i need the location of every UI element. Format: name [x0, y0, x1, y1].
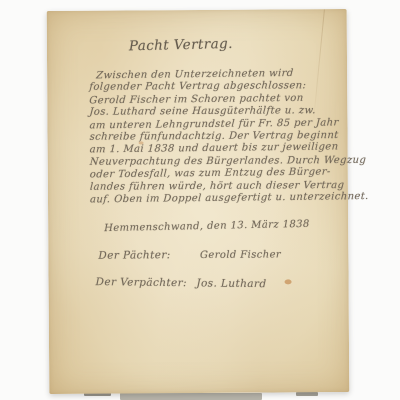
lessee-signature-row: Der Pächter: Gerold Fischer	[98, 248, 281, 261]
paper-sheet: Pacht Vertrag. Zwischen den Unterzeichne…	[47, 9, 350, 394]
rust-spot	[285, 279, 292, 284]
dateline: Hemmenschwand, den 13. März 1838	[104, 219, 310, 234]
lessee-signature: Gerold Fischer	[200, 249, 281, 261]
stand-mark-right	[296, 392, 318, 396]
lessee-label: Der Pächter:	[98, 249, 170, 262]
lessor-signature-row: Der Verpächter: Jos. Luthard	[96, 276, 267, 290]
document-title: Pacht Vertrag.	[129, 36, 233, 55]
document-body: Zwischen den Unterzeichneten wird folgen…	[89, 68, 342, 206]
photo-background: Pacht Vertrag. Zwischen den Unterzeichne…	[0, 0, 400, 400]
lessor-signature: Jos. Luthard	[196, 277, 266, 290]
paper-stand	[120, 393, 262, 400]
body-line: auf. Oben im Doppel ausgefertigt u. unte…	[90, 191, 343, 206]
lessor-label: Der Verpächter:	[96, 276, 188, 289]
